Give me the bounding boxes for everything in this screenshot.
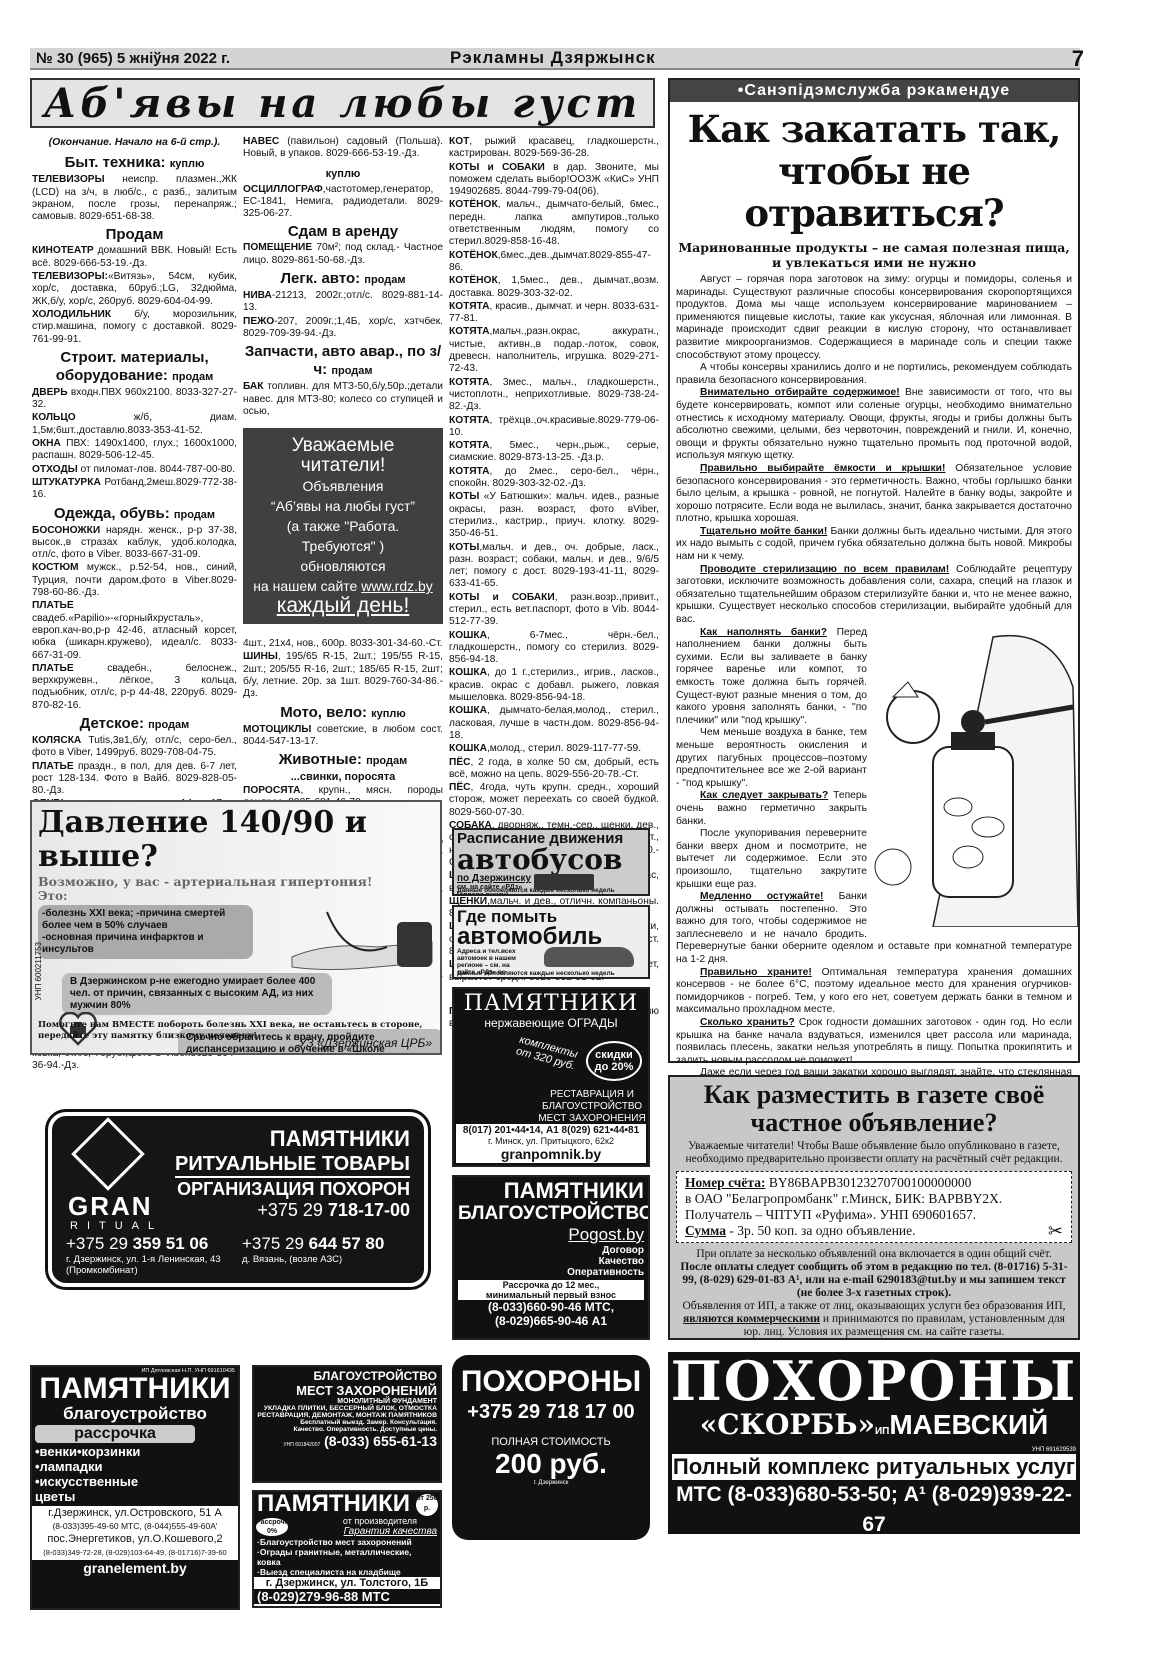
classified-ad: КОШКА, до 1 г.,стерилиз., игрив., ласков… <box>449 667 659 704</box>
section-banner-title: Аб'явы на любы густ <box>44 80 641 127</box>
ad-text: Рассрочка до 12 мес., <box>458 1280 644 1290</box>
ad-keyword: КОСТЮМ <box>32 562 78 573</box>
ad-title: ПАМЯТНИКИ <box>458 1179 644 1203</box>
health-article: •Санэпідэмслужба рэкамендуе Как закатать… <box>668 78 1080 1063</box>
ad-text: 4шт., 21х4, нов., 600р. 8033-301-34-60.-… <box>243 638 443 649</box>
paragraph-lead: Медленно остужайте! <box>700 891 824 902</box>
address: г. Минск, ул. Притыцкого, 62к2 <box>457 1136 645 1146</box>
classifieds-column-3: КОТ, рыжий красавец, гладкошерстн., каст… <box>449 136 659 1031</box>
note: После оплаты следует сообщить об этом в … <box>674 1261 1074 1300</box>
ad-text: Качество. Оперативность. Доступные цены. <box>257 1426 437 1433</box>
section-heading: Одежда, обувь: продам <box>32 505 237 524</box>
phone: (8-033)349-72-28, (8-029)103-64-49, (8-0… <box>34 1546 236 1559</box>
paragraph-lead: Сколько хранить? <box>700 1017 795 1028</box>
ad-keyword: БАК <box>243 381 264 392</box>
granelement-ad[interactable]: ИП Дятловская Н.П. УНП 691610435 ПАМЯТНИ… <box>30 1365 240 1610</box>
ad-text: , 4года, чуть крупн. средн., хороший сто… <box>449 782 659 818</box>
classified-ad: ПЛАТЬЕ свадеб.«Papilio»-«горныйхрусталь»… <box>32 600 237 661</box>
classified-ad: БОСОНОЖКИ нарядн. женск., р-р 37-38, выс… <box>32 525 237 562</box>
ad-keyword: КОТЫ и СОБАКИ <box>449 592 555 603</box>
note-text: Объявления от ИП, а также от лиц, оказыв… <box>682 1300 1065 1312</box>
classified-ad: КОТЫ «У Батюшки»: мальч. идев., разные о… <box>449 491 659 540</box>
unp: УНП 691629539 <box>668 1447 1080 1454</box>
ad-keyword: ДВЕРЬ <box>32 387 68 398</box>
ad-subtitle: Возможно, у вас - артериальная гипертони… <box>38 874 434 889</box>
classified-ad: КОШКА,молод., стерил. 8029-117-77-59. <box>449 743 659 755</box>
phone: 359 51 06 <box>133 1234 209 1253</box>
notice-line: на нашем сайте www.rdz.by <box>249 576 437 596</box>
ad-text: Качество <box>458 1256 644 1267</box>
phone: (8-033)660-90-46 МТС, <box>458 1300 644 1314</box>
ad-keyword: ПЕЖО <box>243 316 274 327</box>
ad-keyword: ШИНЫ <box>243 651 278 662</box>
canning-illustration <box>873 627 1078 927</box>
ad-text: МОНОЛИТНЫЙ ФУНДАМЕНТ <box>257 1398 437 1405</box>
ad-keyword: КОТЁНОК <box>449 199 498 210</box>
website-link[interactable]: granelement.by <box>35 1560 235 1576</box>
ad-keyword: ПЁС <box>449 782 471 793</box>
ad-title: МЕСТ ЗАХОРОНЕНИЙ <box>257 1383 437 1398</box>
ad-subtitle: нержавеющие ОГРАДЫ <box>458 1016 644 1030</box>
ad-text: РЕСТАВРАЦИЯ И БЛАГОУСТРОЙСТВО МЕСТ ЗАХОР… <box>538 1089 646 1125</box>
article-rubric: •Санэпідэмслужба рэкамендуе <box>670 80 1078 102</box>
phone: (8-029)279-96-88 МТС <box>254 1589 440 1604</box>
paragraph-text: А чтобы консервы хранились долго и не по… <box>676 362 1072 386</box>
ad-title: БЛАГОУСТРОЙСТВО <box>257 1369 437 1383</box>
skorb-funeral-ad[interactable]: ПОХОРОНЫ «СКОРБЬ»ИПМАЕВСКИЙ УНП 69162953… <box>668 1352 1080 1534</box>
bullet: •лампадки <box>35 1459 235 1474</box>
branch-2: +375 29 644 57 80 д. Вязань, (возле АЗС) <box>242 1234 417 1265</box>
classified-ad: КОТЫ и СОБАКИ в дар. Звоните, мы поможем… <box>449 162 659 199</box>
notice-line: Объявления <box>249 476 437 496</box>
bullet: -болезнь XXI века; -причина смертей боле… <box>42 908 249 932</box>
ad-text: Оперативность <box>458 1267 644 1278</box>
classified-ad: КИНОТЕАТР домашний ВВК. Новый! Есть всё.… <box>32 245 237 270</box>
ad-keyword: БОСОНОЖКИ <box>32 525 100 536</box>
classified-ad: КОТ, рыжий красавец, гладкошерстн., каст… <box>449 136 659 161</box>
section-heading: Мото, вело: куплю <box>243 704 443 723</box>
ad-keyword: КОШКА <box>449 743 487 754</box>
paragraph-text: После укупоривания переверните банки вве… <box>676 828 867 889</box>
notice-line: Уважаемые читатели! <box>249 436 437 476</box>
ad-title: РИТУАЛЬНЫЕ ТОВАРЫ <box>175 1152 410 1178</box>
address: г.Дзержинск, ул.Островского, 51 А <box>34 1507 236 1520</box>
sum-line: Сумма - 3р. 50 коп. за одно объявление. … <box>685 1223 1063 1239</box>
ad-keyword: НИВА <box>243 290 272 301</box>
phone-prefix: +375 29 <box>242 1234 309 1253</box>
section-heading: Строит. материалы, оборудование: продам <box>32 349 237 386</box>
paragraph-lead: Правильно храните! <box>700 967 812 978</box>
section-heading: куплю <box>243 164 443 183</box>
classified-ad: БАК топливн. для МТЗ-50,б/у,50р.;детали … <box>243 381 443 418</box>
classified-ad: КОТЯТА, до 2мес., серо-бел., чёрн., спок… <box>449 466 659 491</box>
ad-keyword: ПОМЕЩЕНИЕ <box>243 242 312 253</box>
brand-name: «СКОРБЬ» <box>700 1408 875 1441</box>
ad-title: ПОХОРОНЫ <box>452 1365 650 1399</box>
classified-ad: КОТЯТА, 5мес., черн.,рыж., серые, сиамск… <box>449 440 659 465</box>
ad-keyword: ОКНА <box>32 438 61 449</box>
address: г. Дзержинск, ул. 1-я Ленинская, 43 (Про… <box>66 1254 236 1276</box>
ad-keyword: КИНОТЕАТР <box>32 245 94 256</box>
paragraph-lead: Проводите стерилизацию по всем правилам! <box>700 564 949 575</box>
ad-text: , рыжий красавец, гладкошерстн., кастрир… <box>449 136 659 159</box>
ad-title: ПАМЯТНИКИ <box>257 1492 437 1516</box>
classified-ad: КОТЫ и СОБАКИ, разн.возр.,привит., стери… <box>449 592 659 629</box>
bullet: •искусственные цветы <box>35 1474 155 1504</box>
city: г. Дзержинск <box>452 1480 650 1486</box>
recipient-line: Получатель – ЧПТУП «Руфима». УНП 6906016… <box>685 1207 1063 1223</box>
article-paragraph: Август – горячая пора заготовок на зиму:… <box>676 274 1072 362</box>
owner-name: МАЕВСКИЙ <box>889 1409 1048 1440</box>
ad-text: ,молод., стерил. 8029-117-77-59. <box>487 743 641 754</box>
address: г. Дзержинск, ул. Толстого, 1Б <box>254 1577 440 1589</box>
article-paragraph: Тщательно мойте банки! Банки должны быть… <box>676 526 1072 564</box>
ad-subtitle: благоустройство <box>35 1404 235 1424</box>
newspaper-name: Рэкламны Дзяржынск <box>450 48 656 68</box>
classified-ad: КОТЁНОК, 1,5мес., дев., дымчат.,возм. до… <box>449 275 659 300</box>
section-heading: Легк. авто: продам <box>243 270 443 289</box>
box-intro: Уважаемые читатели! Чтобы Ваше объявлени… <box>674 1140 1074 1166</box>
notice-line: (а также "Работа. Требуются" ) <box>249 516 437 556</box>
ad-text: Это: <box>38 889 434 903</box>
ad-keyword: КОТЫ <box>449 542 479 553</box>
section-heading: Быт. техника: куплю <box>32 154 237 173</box>
label: Номер счёта: <box>685 1175 765 1190</box>
article-paragraph: Внимательно отбирайте содержимое! Вне за… <box>676 387 1072 463</box>
website-notice: Уважаемые читатели! Объявления “Аб’явы н… <box>243 428 443 624</box>
classified-ad: КОШКА, дымчато-белая,молод., стерил., ла… <box>449 705 659 742</box>
notice-line: обновляются <box>249 556 437 576</box>
note: Объявления от ИП, а также от лиц, оказыв… <box>674 1300 1074 1339</box>
address: пос.Энергетиков, ул.О.Кошевого,2 <box>34 1533 236 1546</box>
phone-prefix: +375 29 <box>66 1234 133 1253</box>
ad-text: ПОЛНАЯ СТОИМОСТЬ <box>452 1436 650 1448</box>
ad-keyword: ТЕЛЕВИЗОРЫ: <box>32 271 108 282</box>
bus-icon <box>534 874 594 890</box>
website-link[interactable]: www.rdz.by <box>361 578 433 594</box>
ad-footer: Данные обновляются каждые несколько неде… <box>457 970 615 977</box>
ad-title: ПАМЯТНИКИ <box>35 1374 235 1404</box>
installment-box: Рассрочка до 12 мес., минимальный первый… <box>458 1280 644 1300</box>
payment-details: Номер счёта: BY86BAPB3012327070010000000… <box>676 1171 1072 1243</box>
ad-keyword: КОЛЯСКА <box>32 735 81 746</box>
article-paragraph: Проводите стерилизацию по всем правилам!… <box>676 564 1072 627</box>
classified-ad: ОКНА ПВХ: 1490х1400, глух.; 1600х1000, р… <box>32 438 237 463</box>
installment-label: рассрочка <box>35 1425 195 1443</box>
classified-ad: ПЕЖО-207, 2009г.;1,4Б, хор/с, хэтчбек. 8… <box>243 316 443 341</box>
ad-title: ПАМЯТНИКИ <box>458 991 644 1016</box>
ad-keyword: КОЛЬЦО <box>32 412 76 423</box>
section-heading: Запчасти, авто авар., по з/ч: продам <box>243 343 443 380</box>
ad-text: Договор <box>458 1245 644 1256</box>
phone: 718-17-00 <box>328 1200 410 1220</box>
notice-line: “Аб’явы на любы густ” <box>249 496 437 516</box>
account-line: Номер счёта: BY86BAPB3012327070010000000… <box>685 1175 1063 1191</box>
phone: +375 29 718 17 00 <box>452 1401 650 1424</box>
ad-keyword: КОТЁНОК <box>449 275 498 286</box>
phone-line: +375 29 359 51 06 <box>66 1234 236 1254</box>
ad-keyword: КОШКА <box>449 667 487 678</box>
ad-text: -21213, 2002г.;отл/с. 8029-881-14-13. <box>243 290 443 313</box>
carwash-ad[interactable]: Где помыть автомобиль Адреса и тел.всех … <box>452 905 650 979</box>
classified-ad: ДВЕРЬ входн.ПВХ 960х2100. 8033-327-27-32… <box>32 387 237 412</box>
ad-keyword: ПЛАТЬЕ <box>32 761 74 772</box>
price: 200 руб. <box>452 1448 650 1480</box>
bank-line: в ОАО "Белагропромбанк" г.Минск, БИК: BA… <box>685 1191 1063 1207</box>
section-banner: Аб'явы на любы густ <box>30 78 655 128</box>
price-text: комплекты от 320 руб. <box>510 1032 584 1073</box>
ad-org: УЗ «Дзержинская ЦРБ» <box>299 1036 432 1050</box>
ad-keyword: КОШКА <box>449 705 487 716</box>
ad-title: автомобиль <box>457 926 645 948</box>
section-heading: Сдам в аренду <box>243 223 443 241</box>
phone: МТС (8-033)680-53-50; А¹ (8-029)939-22-6… <box>668 1480 1080 1540</box>
article-paragraph: Правильно храните! Оптимальная температу… <box>676 967 1072 1017</box>
phone-line: УНП 691842007 (8-033) 655-61-13 <box>257 1433 437 1449</box>
ad-text: ПВХ: 1490х1400, глух.; 1600х1000, распаш… <box>32 438 237 461</box>
bullet: ·Благоустройство мест захоронений <box>257 1537 437 1547</box>
classified-ad: КОТЫ,мальч. и дев., оч. добрые, ласк., р… <box>449 542 659 591</box>
ad-keyword: ТЕЛЕВИЗОРЫ <box>32 174 105 185</box>
ad-keyword: КОТЯТА <box>449 377 490 388</box>
ad-keyword: КОТЯТА <box>449 415 490 426</box>
ad-text: ,мальч. и дев., оч. добрые, ласк., разн.… <box>449 542 659 590</box>
continuation-note: (Окончание. Начало на 6-й стр.). <box>32 136 237 148</box>
installment-badge: Рассрочка 0% <box>256 1518 288 1536</box>
bullet-box: -болезнь XXI века; -причина смертей боле… <box>38 905 253 959</box>
classified-ad: КОТЁНОК, мальч., дымчато-белый, 6мес., п… <box>449 199 659 248</box>
tolstogo-monuments-ad[interactable]: ПАМЯТНИКИ от производителя Гарантия каче… <box>252 1490 442 1608</box>
issue-number: № 30 (965) 5 жніўня 2022 г. <box>36 50 230 67</box>
bullet: ·Выезд специалиста на кладбище <box>257 1567 437 1577</box>
ad-text: , 2 года, в холке 50 см, добрый, есть вс… <box>449 757 659 780</box>
ad-keyword: ХОЛОДИЛЬНИК <box>32 309 111 320</box>
bus-schedule-ad[interactable]: Расписание движения автобусов по Дзержин… <box>452 828 650 896</box>
classified-ad: КОТЯТА, трёхцв.,оч.красивые.8029-779-06-… <box>449 415 659 440</box>
classified-ad: КОЛЯСКА Tutis,3в1,б/у, отл/с, серо-бел.,… <box>32 735 237 760</box>
classified-ad: КОСТЮМ мужск., р.52-54, нов., синий, Тур… <box>32 562 237 599</box>
classified-ad: ПЁС, 4года, чуть крупн. средн., хороший … <box>449 782 659 819</box>
bullet: -основная причина инфарктов и инсультов <box>42 932 249 956</box>
ad-text: свадеб.«Papilio»-«горныйхрусталь», европ… <box>32 613 237 661</box>
classified-ad: КОТЁНОК,6мес.,дев.,дымчат.8029-855-47-86… <box>449 250 659 275</box>
ad-keyword: МОТОЦИКЛЫ <box>243 724 311 735</box>
ad-keyword: ШТУКАТУРКА <box>32 477 101 488</box>
phone: 8(017) 201•44•14, А1 8(029) 621•44•81 <box>457 1125 645 1136</box>
article-body: Август – горячая пора заготовок на зиму:… <box>676 274 1072 1156</box>
classified-ad: ОСЦИЛЛОГРАФ,частотомер,генератор, ЕС-184… <box>243 184 443 221</box>
bullet: ·Ограды гранитные, металлические, ковка <box>257 1547 437 1567</box>
granpomnik-ad[interactable]: ПАМЯТНИКИ нержавеющие ОГРАДЫ комплекты о… <box>452 987 650 1167</box>
burial-landscaping-ad[interactable]: БЛАГОУСТРОЙСТВО МЕСТ ЗАХОРОНЕНИЙ МОНОЛИТ… <box>252 1365 442 1483</box>
phone-prefix: +375 29 <box>257 1200 328 1220</box>
classified-ad: КОТЯТА,мальч.,разн.окрас, аккуратн., чис… <box>449 326 659 375</box>
ad-keyword: ПОРОСЯТА <box>243 785 300 796</box>
paragraph-text: Август – горячая пора заготовок на зиму:… <box>676 274 1072 361</box>
paragraph-lead: Тщательно мойте банки! <box>700 526 827 537</box>
classified-ad: КОТЯТА, красив., дымчат. и черн. 8033-63… <box>449 301 659 326</box>
classified-ad: ПЛАТЬЕ свадебн., белоснеж., верхкружевн.… <box>32 663 237 712</box>
branch-1: +375 29 359 51 06 г. Дзержинск, ул. 1-я … <box>66 1234 236 1276</box>
ad-keyword: ПЛАТЬЕ <box>32 663 74 674</box>
classified-ad: КОТЯТА, 3мес., мальч., гладкошерстн., чи… <box>449 377 659 414</box>
paragraph-text: Вне зависимости от того, что вы будете к… <box>676 387 1072 461</box>
pogost-ad[interactable]: ПАМЯТНИКИ БЛАГОУСТРОЙСТВО Pogost.by Дого… <box>452 1175 650 1340</box>
unp: УНП 691842007 <box>283 1442 320 1448</box>
funeral-ad-small[interactable]: ПОХОРОНЫ +375 29 718 17 00 ПОЛНАЯ СТОИМО… <box>452 1355 650 1540</box>
ad-keyword: КОТЯТА <box>449 440 490 451</box>
phone: (8-033) 655-61-13 <box>324 1433 437 1449</box>
how-to-advertise-box: Как разместить в газете своё частное объ… <box>668 1075 1080 1340</box>
ad-text: минимальный первый взнос <box>458 1290 644 1300</box>
ad-keyword: КОТЯТА <box>449 326 490 337</box>
contacts-box: г.Дзержинск, ул.Островского, 51 А (8-033… <box>32 1506 238 1560</box>
classified-ad: КОЛЬЦО ж/б, диам. 1,5м;6шт.,доставлю.803… <box>32 412 237 437</box>
ad-keyword: КОШКА <box>449 630 487 641</box>
article-paragraph: Правильно выбирайте ёмкости и крышки! Об… <box>676 463 1072 526</box>
section-heading: Продам <box>32 226 237 244</box>
ad-text: Бесплатный выезд. Замер. Консультация. <box>257 1419 437 1426</box>
scissors-icon: ✂ <box>1048 1223 1063 1239</box>
car-icon <box>544 947 634 967</box>
ad-keyword: ОСЦИЛЛОГРАФ <box>243 184 323 195</box>
ad-keyword: КОТЫ <box>449 491 479 502</box>
price-badge: от 250 р. <box>416 1494 438 1516</box>
brand-name: GRAN <box>68 1191 153 1222</box>
article-subtitle: Маринованные продукты – не самая полезна… <box>676 240 1072 270</box>
bullets-band: ·Благоустройство мест захоронений ·Оград… <box>254 1537 440 1577</box>
classified-ad: ПЁС, 2 года, в холке 50 см, добрый, есть… <box>449 757 659 782</box>
classified-ad: МОТОЦИКЛЫ советские, в любом сост. 8044-… <box>243 724 443 749</box>
ad-keyword: КОТЯТА <box>449 301 490 312</box>
box-title: Как разместить в газете своё частное объ… <box>674 1081 1074 1137</box>
paragraph-text: Перед наполнением банки должны быть сухи… <box>676 627 867 726</box>
phone: (8-033)395-49-60 МТС, (8-044)555-49-60А' <box>34 1520 236 1533</box>
paragraph-lead: Внимательно отбирайте содержимое! <box>700 387 900 398</box>
brand-subname: RITUAL <box>70 1220 163 1232</box>
paragraph-lead: Как следует закрывать? <box>700 790 828 801</box>
hypertension-ad: Давление 140/90 и выше? Возможно, у вас … <box>30 800 442 1055</box>
ad-keyword: КОТЁНОК <box>449 250 498 261</box>
classified-ad: ХОЛОДИЛЬНИК б/у, морозильник, стир.машин… <box>32 309 237 346</box>
gran-ritual-ad[interactable]: GRAN RITUAL ПАМЯТНИКИ РИТУАЛЬНЫЕ ТОВАРЫ … <box>48 1112 428 1287</box>
ad-title: ПОХОРОНЫ <box>668 1352 1080 1410</box>
section-heading: Животные: продам <box>243 751 443 770</box>
ad-text: РЕСТАВРАЦИЯ, ДЕМОНТАЖ, МОНТАЖ ПАМЯТНИКОВ <box>257 1412 437 1419</box>
section-heading: Детское: продам <box>32 715 237 734</box>
article-paragraph: Сколько хранить? Срок годности домашних … <box>676 1017 1072 1067</box>
ad-text: топливн. для МТЗ-50,б/у,50р.;детали наве… <box>243 381 443 417</box>
services-band: Полный комплекс ритуальных услуг <box>672 1454 1076 1480</box>
page-header: № 30 (965) 5 жніўня 2022 г. Рэкламны Дзя… <box>30 48 1080 70</box>
ad-keyword: КОТЯТА <box>449 466 490 477</box>
classified-ad: ШИНЫ, 195/65 R-15, 2шт.; 195/55 R-15, 2ш… <box>243 651 443 700</box>
ip-label: ИП <box>875 1426 889 1437</box>
classified-ad: ТЕЛЕВИЗОРЫ неиспр. плазмен.,ЖК (LCD) на … <box>32 174 237 223</box>
account-number: BY86BAPB30123270700100000000 <box>765 1175 971 1190</box>
page-number: 7 <box>1072 46 1084 72</box>
ad-text: от пиломат-лов. 8044-787-00-80. <box>78 464 235 475</box>
website-link[interactable]: Pogost.by <box>458 1225 644 1245</box>
unp: УНП 600211753 <box>34 942 43 1000</box>
classified-ad: ТЕЛЕВИЗОРЫ:«Витязь», 54см, кубик, хор/с,… <box>32 271 237 308</box>
notice-line: каждый день! <box>249 596 437 616</box>
note-emphasis: являются коммерческими <box>683 1313 820 1325</box>
classified-ad: НИВА-21213, 2002г.;отл/с. 8029-881-14-13… <box>243 290 443 315</box>
ad-keyword: ПЛАТЬЕ <box>32 600 74 611</box>
notice-text: на нашем сайте <box>253 578 361 594</box>
classified-ad: ПЛАТЬЕ праздн., в пол, для дев. 6-7 лет,… <box>32 761 237 798</box>
note: При оплате за несколько объявлений она в… <box>674 1248 1074 1261</box>
classified-ad: ОТХОДЫ от пиломат-лов. 8044-787-00-80. <box>32 464 237 476</box>
ad-keyword: НАВЕС <box>243 136 279 147</box>
ad-keyword: КОТ <box>449 136 469 147</box>
paragraph-text: Чем меньше воздуха в банке, тем меньше в… <box>676 727 867 788</box>
phone: (8-029)665-90-46 А1 <box>458 1314 644 1328</box>
blood-pressure-illustration <box>287 902 437 987</box>
ad-text: УКЛАДКА ПЛИТКИ, БЕССЕРНЫЙ БЛОК, ОТМОСТКА <box>257 1405 437 1412</box>
ad-title: автобусов <box>457 847 645 873</box>
article-title: Как закатать так, чтобы не отравиться? <box>676 108 1072 234</box>
classified-ad: 4шт., 21х4, нов., 600р. 8033-301-34-60.-… <box>243 638 443 650</box>
subsection-heading: ...свинки, поросята <box>243 771 443 783</box>
paragraph-lead: Как наполнять банки? <box>700 627 827 638</box>
classified-ad: ПОМЕЩЕНИЕ 70м²; под склад.- Частное лицо… <box>243 242 443 267</box>
ad-keyword: ПЁС <box>449 757 471 768</box>
bullet: •венки•корзинки <box>35 1444 235 1459</box>
phone-line: +375 29 644 57 80 <box>242 1234 417 1254</box>
label: Сумма <box>685 1223 726 1238</box>
article-paragraph: А чтобы консервы хранились долго и не по… <box>676 362 1072 387</box>
ad-text: «У Батюшки»: мальч. идев., разные окрасы… <box>449 491 659 539</box>
discount-badge: скидки до 20% <box>586 1041 642 1081</box>
address: д. Вязань, (возле АЗС) <box>242 1254 417 1265</box>
ad-keyword: ОТХОДЫ <box>32 464 78 475</box>
ad-title: Давление 140/90 и выше? <box>38 806 434 874</box>
ad-title: БЛАГОУСТРОЙСТВО <box>458 1203 644 1225</box>
sum-value: - 3р. 50 коп. за одно объявление. <box>726 1223 915 1238</box>
ad-keyword: КОТЫ и СОБАКИ <box>449 162 545 173</box>
classified-ad: НАВЕС (павильон) садовый (Польша). Новый… <box>243 136 443 161</box>
classified-ad: ШТУКАТУРКА Ротбанд,2меш.8029-772-38-16. <box>32 477 237 502</box>
classified-ad: КОШКА, 6-7мес., чёрн.-бел., гладкошерстн… <box>449 630 659 667</box>
paragraph-lead: Правильно выбирайте ёмкости и крышки! <box>700 463 945 474</box>
brand-line: «СКОРБЬ»ИПМАЕВСКИЙ <box>668 1410 1080 1447</box>
ad-contacts: 8(017) 201•44•14, А1 8(029) 621•44•81 г.… <box>456 1124 646 1163</box>
phone: 644 57 80 <box>309 1234 385 1253</box>
website-link[interactable]: granpomnik.by <box>457 1146 645 1162</box>
